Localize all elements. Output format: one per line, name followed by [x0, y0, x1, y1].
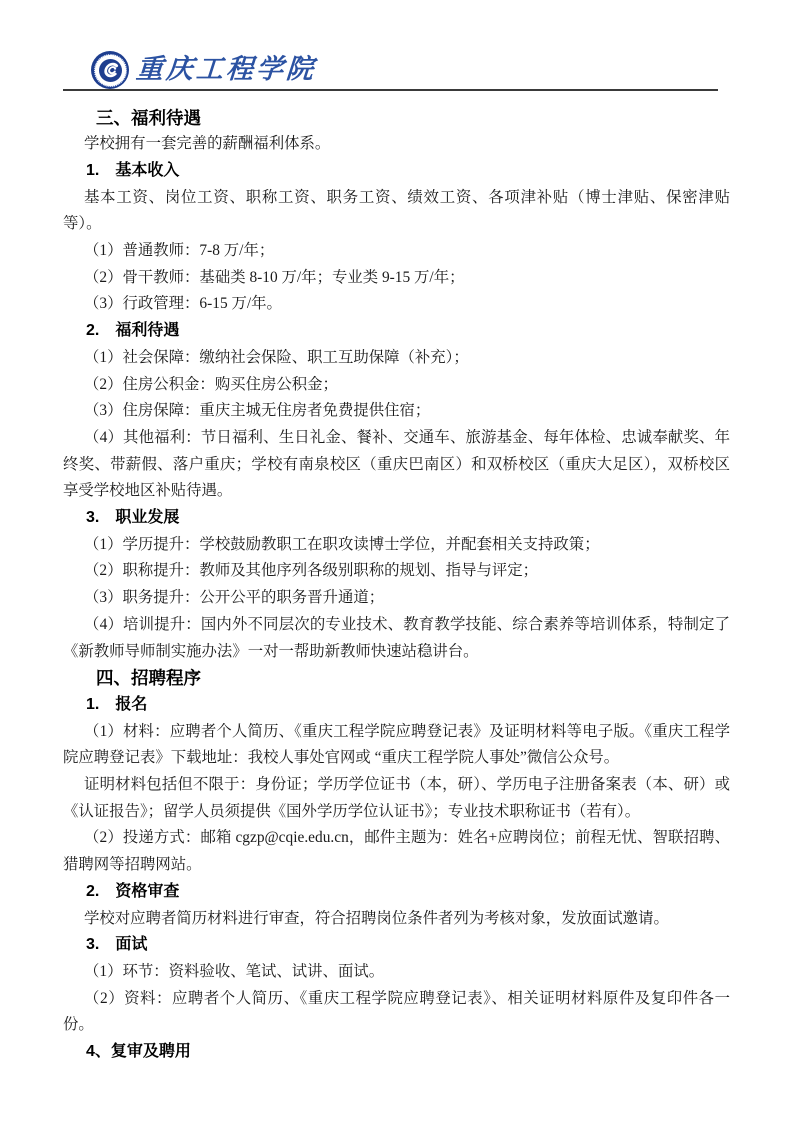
paragraph: （4）其他福利：节日福利、生日礼金、餐补、交通车、旅游基金、每年体检、忠诚奉献奖… — [63, 425, 730, 505]
school-emblem-icon — [91, 51, 129, 89]
section-heading: 四、招聘程序 — [63, 665, 730, 692]
school-monogram-icon — [100, 60, 120, 80]
subsection-heading: 2. 福利待遇 — [63, 318, 730, 345]
subsection-heading: 1. 基本收入 — [63, 158, 730, 185]
paragraph: （1）普通教师：7-8 万/年； — [63, 238, 730, 265]
paragraph: 证明材料包括但不限于：身份证；学历学位证书（本，研）、学历电子注册备案表（本、研… — [63, 772, 730, 825]
paragraph: （2）住房公积金：购买住房公积金； — [63, 372, 730, 399]
paragraph: （4）培训提升：国内外不同层次的专业技术、教育教学技能、综合素养等培训体系，特制… — [63, 612, 730, 665]
paragraph: （1）学历提升：学校鼓励教职工在职攻读博士学位，并配套相关支持政策； — [63, 532, 730, 559]
subsection-heading: 2. 资格审查 — [63, 879, 730, 906]
subsection-heading: 3. 面试 — [63, 932, 730, 959]
school-name-calligraphy: 重庆工程学院 — [135, 51, 318, 89]
paragraph: 基本工资、岗位工资、职称工资、职务工资、绩效工资、各项津补贴（博士津贴、保密津贴… — [63, 185, 730, 238]
paragraph: （2）投递方式：邮箱 cgzp@cqie.edu.cn，邮件主题为：姓名+应聘岗… — [63, 825, 730, 878]
paragraph: 学校对应聘者简历材料进行审查，符合招聘岗位条件者列为考核对象，发放面试邀请。 — [63, 906, 730, 933]
paragraph: （3）职务提升：公开公平的职务晋升通道； — [63, 585, 730, 612]
emblem-disc — [99, 59, 122, 82]
section-heading: 三、福利待遇 — [63, 105, 730, 132]
paragraph: （2）骨干教师：基础类 8-10 万/年；专业类 9-15 万/年； — [63, 265, 730, 292]
paragraph: （1）社会保障：缴纳社会保险、职工互助保障（补充）； — [63, 345, 730, 372]
subsection-heading: 4、复审及聘用 — [63, 1039, 730, 1066]
subsection-heading: 3. 职业发展 — [63, 505, 730, 532]
document-page: 三、福利待遇 学校拥有一套完善的薪酬福利体系。 1. 基本收入 基本工资、岗位工… — [63, 92, 730, 1066]
paragraph: （1）材料：应聘者个人简历、《重庆工程学院应聘登记表》及证明材料等电子版。《重庆… — [63, 719, 730, 772]
subsection-heading: 1. 报名 — [63, 692, 730, 719]
paragraph: （1）环节：资料验收、笔试、试讲、面试。 — [63, 959, 730, 986]
page-header: 重庆工程学院 — [63, 0, 718, 91]
paragraph: （3）行政管理：6-15 万/年。 — [63, 291, 730, 318]
school-logo: 重庆工程学院 — [91, 51, 316, 89]
paragraph: （2）资料：应聘者个人简历、《重庆工程学院应聘登记表》、相关证明材料原件及复印件… — [63, 986, 730, 1039]
paragraph: （3）住房保障：重庆主城无住房者免费提供住宿； — [63, 398, 730, 425]
paragraph: 学校拥有一套完善的薪酬福利体系。 — [63, 131, 730, 158]
paragraph: （2）职称提升：教师及其他序列各级别职称的规划、指导与评定； — [63, 558, 730, 585]
